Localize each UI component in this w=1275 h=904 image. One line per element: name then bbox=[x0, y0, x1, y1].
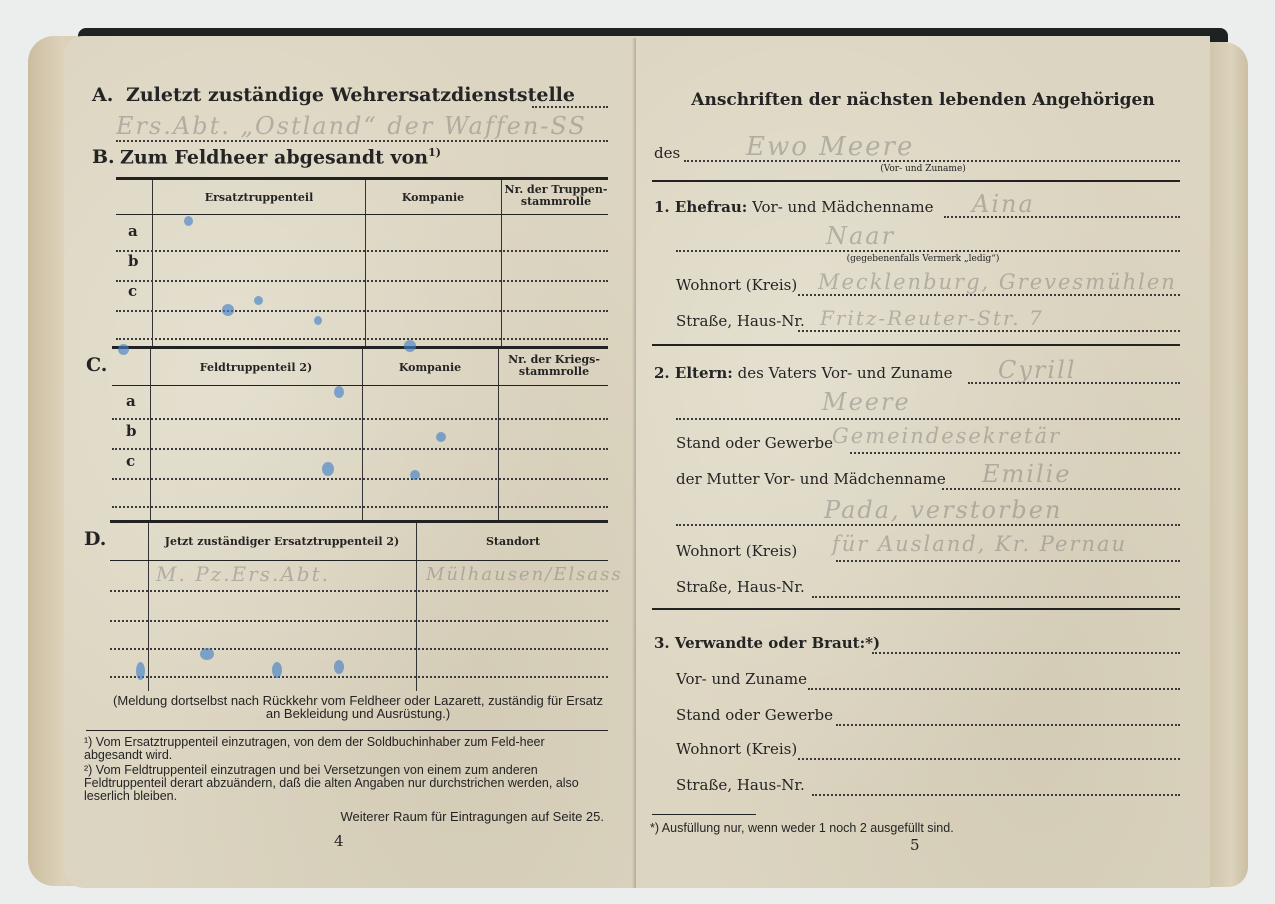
dotted-line bbox=[116, 310, 608, 312]
table-divider bbox=[362, 349, 363, 521]
table-divider bbox=[365, 180, 366, 346]
dotted-line bbox=[684, 160, 1180, 162]
handwritten-location: Mülhausen/Elsass bbox=[426, 564, 623, 585]
handwritten-father-firstname: Cyrill bbox=[998, 356, 1076, 384]
section-b-title-text: Zum Feldheer abgesandt von bbox=[120, 146, 428, 168]
handwritten-soldier-name: Ewo Meere bbox=[746, 132, 914, 162]
ledig-hint: (gegebenenfalls Vermerk „ledig“) bbox=[636, 254, 1210, 264]
dotted-line bbox=[798, 294, 1180, 296]
open-soldbuch: A. Zuletzt zuständige Wehrersatzdienstst… bbox=[28, 26, 1248, 892]
footnote-2: ²) Vom Feldtruppenteil einzutragen und b… bbox=[84, 764, 604, 803]
section-rule bbox=[652, 180, 1180, 182]
wife-street-label: Straße, Haus-Nr. bbox=[676, 312, 805, 330]
stamp-ink bbox=[254, 296, 263, 305]
row-label: b bbox=[128, 252, 139, 270]
mother-name-label: der Mutter Vor- und Mädchenname bbox=[676, 470, 946, 488]
column-header: Kompanie bbox=[366, 192, 500, 204]
dotted-line bbox=[812, 596, 1180, 598]
handwritten-mother-maidenname: Pada, verstorben bbox=[824, 496, 1062, 524]
dotted-line bbox=[836, 724, 1180, 726]
dotted-line bbox=[812, 794, 1180, 796]
table-rule bbox=[110, 560, 608, 561]
dotted-line bbox=[116, 250, 608, 252]
stamp-ink bbox=[222, 304, 234, 316]
dotted-line bbox=[676, 524, 1180, 526]
relative-occupation-label: Stand oder Gewerbe bbox=[676, 706, 833, 724]
table-divider bbox=[148, 523, 149, 691]
book-edge-right bbox=[1206, 42, 1248, 887]
return-note: (Meldung dortselbst nach Rückkehr vom Fe… bbox=[108, 694, 608, 720]
handwritten-father-occupation: Gemeindesekretär bbox=[832, 424, 1061, 448]
stamp-ink bbox=[200, 648, 214, 660]
dotted-line bbox=[112, 448, 608, 450]
page-4: A. Zuletzt zuständige Wehrersatzdienstst… bbox=[64, 36, 636, 888]
father-occupation-label: Stand oder Gewerbe bbox=[676, 434, 833, 452]
parents-street-label: Straße, Haus-Nr. bbox=[676, 578, 805, 596]
dotted-line bbox=[676, 250, 1180, 252]
row-label: a bbox=[126, 392, 136, 410]
stamp-ink bbox=[118, 344, 129, 355]
section-rule bbox=[652, 608, 1180, 610]
column-header: Standort bbox=[418, 536, 608, 548]
dotted-line bbox=[110, 648, 608, 650]
stamp-ink bbox=[314, 316, 322, 325]
relative-residence-label: Wohnort (Kreis) bbox=[676, 740, 797, 758]
table-rule bbox=[110, 520, 608, 523]
column-header: Nr. der Kriegs-stammrolle bbox=[500, 354, 608, 378]
section-a-label: A. bbox=[92, 84, 113, 106]
wife-name-label: Vor- und Mädchenname bbox=[752, 198, 933, 216]
column-header: Kompanie bbox=[364, 362, 496, 374]
handwritten-mother-firstname: Emilie bbox=[982, 460, 1072, 488]
dotted-line bbox=[532, 106, 608, 108]
dotted-line bbox=[112, 506, 608, 508]
footnote-rule bbox=[86, 730, 608, 731]
section-b-label: B. bbox=[92, 146, 115, 168]
dotted-line bbox=[110, 620, 608, 622]
dotted-line bbox=[798, 758, 1180, 760]
table-divider bbox=[150, 349, 151, 521]
handwritten-wife-firstname: Aina bbox=[972, 190, 1035, 218]
row-label: c bbox=[126, 452, 135, 470]
page-number: 4 bbox=[334, 832, 344, 850]
page-title: Anschriften der nächsten lebenden Angehö… bbox=[636, 90, 1210, 110]
section-a-title: Zuletzt zuständige Wehrersatzdienststell… bbox=[126, 84, 575, 106]
section-c-label: C. bbox=[86, 354, 107, 376]
stamp-ink bbox=[410, 470, 420, 480]
dotted-line bbox=[850, 452, 1180, 454]
section1-label: 1. Ehefrau: bbox=[654, 198, 747, 216]
handwritten-father-surname: Meere bbox=[822, 388, 911, 416]
section3-label: 3. Verwandte oder Braut:*) bbox=[654, 634, 880, 652]
dotted-line bbox=[112, 478, 608, 480]
stamp-ink bbox=[334, 386, 344, 398]
parents-residence-label: Wohnort (Kreis) bbox=[676, 542, 797, 560]
stamp-ink bbox=[334, 660, 344, 674]
handwritten-unit: M. Pz.Ers.Abt. bbox=[156, 562, 330, 586]
table-rule bbox=[116, 214, 608, 215]
handwritten-wife-residence: Mecklenburg, Grevesmühlen bbox=[818, 270, 1177, 294]
table-rule bbox=[112, 385, 608, 386]
section-rule bbox=[652, 344, 1180, 346]
stamp-ink bbox=[436, 432, 446, 442]
relative-name-label: Vor- und Zuname bbox=[676, 670, 807, 688]
stamp-ink bbox=[184, 216, 193, 226]
page-number: 5 bbox=[910, 836, 920, 854]
section1-heading: 1. Ehefrau: Vor- und Mädchenname bbox=[654, 198, 933, 216]
footnote-ref: 1) bbox=[428, 146, 441, 159]
section-d-label: D. bbox=[84, 528, 106, 550]
dotted-line bbox=[836, 560, 1180, 562]
section2-heading: 2. Eltern: des Vaters Vor- und Zuname bbox=[654, 364, 952, 382]
table-divider bbox=[152, 180, 153, 346]
dotted-line bbox=[116, 280, 608, 282]
stamp-ink bbox=[136, 662, 145, 680]
dotted-line bbox=[942, 488, 1180, 490]
section-b-title: Zum Feldheer abgesandt von1) bbox=[120, 146, 441, 168]
column-header: Jetzt zuständiger Ersatztruppenteil 2) bbox=[150, 536, 414, 548]
des-label: des bbox=[654, 144, 680, 162]
table-divider bbox=[416, 523, 417, 691]
dotted-line bbox=[110, 590, 608, 592]
handwritten-wife-street: Fritz-Reuter-Str. 7 bbox=[820, 306, 1044, 330]
footnote-asterisk: *) Ausfüllung nur, wenn weder 1 noch 2 a… bbox=[650, 822, 1170, 835]
des-hint: (Vor- und Zuname) bbox=[636, 164, 1210, 174]
column-header: Nr. der Truppen-stammrolle bbox=[504, 184, 608, 208]
father-name-label: des Vaters Vor- und Zuname bbox=[738, 364, 953, 382]
dotted-line bbox=[676, 418, 1180, 420]
handwritten-parents-residence: für Ausland, Kr. Pernau bbox=[832, 532, 1127, 556]
stamp-ink bbox=[272, 662, 282, 678]
dotted-line bbox=[808, 688, 1180, 690]
table-rule bbox=[116, 177, 608, 180]
row-label: a bbox=[128, 222, 138, 240]
table-rule bbox=[112, 346, 608, 349]
dotted-line bbox=[110, 676, 608, 678]
column-header: Feldtruppenteil 2) bbox=[152, 362, 360, 374]
handwritten-wife-maidenname: Naar bbox=[826, 222, 895, 250]
footnote-rule bbox=[652, 814, 756, 815]
relative-street-label: Straße, Haus-Nr. bbox=[676, 776, 805, 794]
continuation-note: Weiterer Raum für Eintragungen auf Seite… bbox=[264, 810, 604, 823]
stamp-ink bbox=[322, 462, 334, 476]
row-label: b bbox=[126, 422, 137, 440]
wife-residence-label: Wohnort (Kreis) bbox=[676, 276, 797, 294]
dotted-line bbox=[116, 338, 608, 340]
column-header: Ersatztruppenteil bbox=[154, 192, 364, 204]
dotted-line bbox=[112, 418, 608, 420]
dotted-line bbox=[116, 140, 608, 142]
dotted-line bbox=[798, 330, 1180, 332]
table-divider bbox=[498, 349, 499, 521]
page-5: Anschriften der nächsten lebenden Angehö… bbox=[636, 36, 1210, 888]
row-label: c bbox=[128, 282, 137, 300]
table-divider bbox=[501, 180, 502, 346]
stamp-ink bbox=[404, 340, 416, 352]
dotted-line bbox=[872, 652, 1180, 654]
handwritten-section-a: Ers.Abt. „Ostland“ der Waffen-SS bbox=[116, 112, 587, 140]
section2-label: 2. Eltern: bbox=[654, 364, 733, 382]
footnote-1: ¹) Vom Ersatztruppenteil einzutragen, vo… bbox=[84, 736, 604, 762]
